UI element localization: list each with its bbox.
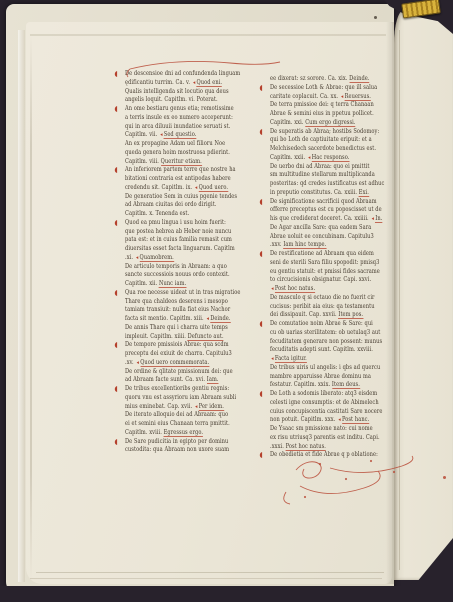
catchword: Egressus ergo. bbox=[164, 429, 203, 437]
line-text: angelis loquit. Capitlm. vi. Poterat. bbox=[125, 96, 218, 103]
toc-line: mius eminebat. Cap. xvii. ◂Per idem. bbox=[125, 403, 240, 412]
margin-pilcrow-icon: ◖ bbox=[114, 341, 117, 350]
line-text: caritate coplacuit. Ca. xx. bbox=[270, 93, 340, 100]
toc-line: ◖De tribus excellentioribs gentiu regnis… bbox=[125, 385, 240, 394]
toc-line: .xxxi. Post hoc natus. bbox=[270, 443, 393, 452]
toc-line: .xi. ◂Quamobrem. bbox=[125, 254, 240, 263]
line-text: De annis Thare qui i charra uite temps bbox=[125, 324, 228, 331]
toc-line: Melchisedech sacerdote benedictus est. bbox=[270, 145, 393, 154]
line-text: Qua roe necesse uideat ut in tras migrat… bbox=[125, 289, 240, 296]
toc-line: cucisus: peribit aia eius: qa testamentu bbox=[270, 303, 393, 312]
line-text: qui in arca diluuii inundatioe seruati s… bbox=[125, 123, 230, 130]
catchword: Quod eni. bbox=[197, 79, 223, 87]
line-text: De tempore pmissiois Abrae: qua scdm bbox=[125, 341, 229, 348]
toc-line: a terris insule ex eo numero acceperunt: bbox=[125, 114, 240, 123]
toc-line: De articulo temporis in Abraam: a quo bbox=[125, 263, 240, 272]
catchword: Hac responso. bbox=[312, 154, 350, 162]
toc-line: Capitlm. xii. Nunc iam. bbox=[125, 280, 240, 289]
line-text: in preputio constitutus. Ca. xxiii. bbox=[270, 189, 359, 196]
margin-pilcrow-icon: ◖ bbox=[259, 390, 262, 399]
toc-right-column: ee dixerat: sz sorore. Ca. xix. Deinde.◖… bbox=[270, 75, 420, 460]
line-text: que postea hebrea ab Heber noie nuncu bbox=[125, 228, 231, 235]
line-text: Capitlm. viii. bbox=[125, 158, 161, 165]
line-text: De descensioe dni ad confundenda linguam bbox=[125, 70, 240, 77]
line-text: De ordine & qlitate pmissionum dei: que bbox=[125, 368, 233, 375]
margin-pilcrow-icon: ◖ bbox=[114, 289, 117, 298]
page-fold-highlight bbox=[18, 30, 25, 582]
toc-line: posteritas: qd credes iustificatus est a… bbox=[270, 180, 393, 189]
line-text: De articulo temporis in Abraam: a quo bbox=[125, 263, 227, 270]
toc-line: An ex propagine Adam uel filioru Noe bbox=[125, 140, 240, 149]
toc-line: Abrae & semini eius in ppetuu pollicet. bbox=[270, 110, 393, 119]
catchword: Quamobrem. bbox=[140, 254, 174, 262]
line-text: De tribus excellentioribs gentiu regnis: bbox=[125, 385, 229, 392]
line-text: De terra pmissioe dei: q terra Chanaan bbox=[270, 101, 374, 108]
toc-line: ◂Post hoc natus. bbox=[270, 285, 393, 294]
toc-line: Thare qua chaldeos deserens i mesopo bbox=[125, 298, 240, 307]
toc-line: De generatioe Sem in cuius pgenie tendes bbox=[125, 193, 240, 202]
line-text: Thare qua chaldeos deserens i mesopo bbox=[125, 298, 228, 305]
toc-line: ◖De restificatione ad Abraam qua eidem bbox=[270, 250, 393, 259]
toc-line: mambre apparuisse Abrae dominu ma bbox=[270, 373, 393, 382]
margin-pilcrow-icon: ◖ bbox=[259, 198, 262, 207]
toc-line: De masculo q si octauo die no fuerit cir bbox=[270, 294, 393, 303]
line-text: posteritas: qd credes iustificatus est a… bbox=[270, 180, 384, 187]
toc-line: credendu sit. Capitlm. ix. ◂Quod uero. bbox=[125, 184, 240, 193]
toc-line: cu ob uarias sterilitatem: ob uetulaq3 a… bbox=[270, 329, 393, 338]
toc-line: .xv. ◂Quod uero commemorata. bbox=[125, 359, 240, 368]
toc-line: ◂Facta igitur. bbox=[270, 355, 393, 364]
line-text: De generatioe Sem in cuius pgenie tendes bbox=[125, 193, 237, 200]
line-text: .xv. bbox=[125, 359, 135, 366]
line-text: cu ob uarias sterilitatem: ob uetulaq3 a… bbox=[270, 329, 380, 336]
line-text: De comutatioe noim Abrae & Sare: qui bbox=[270, 320, 373, 327]
toc-line: festatur. Capitlm. xxix. Item deus. bbox=[270, 381, 393, 390]
line-text: De iterato alloquio dei ad Abraam: quo bbox=[125, 411, 228, 418]
line-text: quoru vnu est assyrioru iam Abraam subli bbox=[125, 394, 236, 401]
page-edge-line bbox=[36, 572, 384, 573]
toc-line: bitationi contraria est antipodas habere bbox=[125, 175, 240, 184]
line-text: fecuditatem generare non possent: munus bbox=[270, 338, 382, 345]
line-text: De obedietia et fide Abrae q p oblatione… bbox=[270, 451, 378, 458]
toc-line: offerre preceptus est cu poposcisset ut … bbox=[270, 206, 393, 215]
toc-line: De uerbo dni ad Abraa: quo ei pmittit bbox=[270, 163, 393, 172]
toc-line: preceptu dei exiuit de charra. Capitulu3 bbox=[125, 350, 240, 359]
inline-pilcrow-icon: ◂ bbox=[135, 360, 140, 366]
line-text: De restificatione ad Abraam qua eidem bbox=[270, 250, 374, 257]
toc-line: ◖De comutatioe noim Abrae & Sare: qui bbox=[270, 320, 393, 329]
line-text: a terris insule ex eo numero acceperunt: bbox=[125, 114, 233, 121]
toc-line: Qualis intelligenda sit locutio qua deus bbox=[125, 88, 240, 97]
line-text: celesti igne consumptis: et de Abimelech bbox=[270, 399, 379, 406]
line-text: Capitlm. x. Tenenda est. bbox=[125, 210, 189, 217]
toc-line: Abrae uoluit ee concubinam. Capitulu3 bbox=[270, 233, 393, 242]
line-text: De Sare pudicitia in egipto per dominu bbox=[125, 438, 228, 445]
line-text: Capitlm. xviii. bbox=[125, 429, 164, 436]
margin-pilcrow-icon: ◖ bbox=[114, 105, 117, 114]
toc-line: ei et semini eius Chanaan terra pmittit. bbox=[125, 420, 240, 429]
line-text: preceptu dei exiuit de charra. Capitulu3 bbox=[125, 350, 232, 357]
catchword: Post hoc natus. bbox=[275, 285, 315, 293]
toc-line: ◖De superatis ab Abraa; hostibs Sodomoy: bbox=[270, 128, 393, 137]
line-text: ad Abraam facte sunt. Ca. xvi. bbox=[125, 376, 207, 383]
line-text: De superatis ab Abraa; hostibs Sodomoy: bbox=[270, 128, 379, 135]
page-crease bbox=[30, 34, 386, 36]
line-text: cuius concupiscentia castitati Sare noce… bbox=[270, 408, 382, 415]
line-text: De Ysaac sm pmissione nato: cui nome bbox=[270, 425, 373, 432]
line-text: De uerbo dni ad Abraa: quo ei pmittit bbox=[270, 163, 370, 170]
catchword: Post hanc. bbox=[342, 416, 369, 424]
toc-line: qui bo Loth de captiuitate eripuit: et a bbox=[270, 136, 393, 145]
line-text: ee dixerat: sz sorore. Ca. xix. bbox=[270, 75, 349, 82]
toc-line: Capitlm. x. Tenenda est. bbox=[125, 210, 240, 219]
catchword: Exi. bbox=[359, 189, 369, 197]
line-text: diuersitas esset facta linguarum. Capitl… bbox=[125, 245, 235, 252]
toc-line: ◖De obedietia et fide Abrae q p oblation… bbox=[270, 451, 393, 460]
toc-line: angelis loquit. Capitlm. vi. Poterat. bbox=[125, 96, 240, 105]
toc-line: celesti igne consumptis: et de Abimelech bbox=[270, 399, 393, 408]
line-text: Melchisedech sacerdote benedictus est. bbox=[270, 145, 376, 152]
line-text: .xxv. bbox=[270, 241, 283, 248]
toc-line: De iterato alloquio dei ad Abraam: quo bbox=[125, 411, 240, 420]
catchword: Queritur etiam. bbox=[161, 158, 202, 166]
line-text: dei dissipauit. Cap. xxvii. bbox=[270, 311, 338, 318]
toc-line: impleuit. Capitlm. xiiii. Defuncto aut. bbox=[125, 333, 240, 342]
line-text: Capitlm. xxii. bbox=[270, 154, 307, 161]
toc-line: in preputio constitutus. Ca. xxiii. Exi. bbox=[270, 189, 393, 198]
toc-line: non potuit. Capitlm. xxx. ◂Post hanc. bbox=[270, 416, 393, 425]
toc-line: to circucisionis obsignatur. Capi. xxvi. bbox=[270, 276, 393, 285]
toc-line: tamiam transiuit: nulla fiat eius Nachor bbox=[125, 306, 240, 315]
catchword: Iam. bbox=[207, 376, 219, 384]
catchword: Facta igitur. bbox=[275, 355, 307, 363]
line-text: Abrae uoluit ee concubinam. Capitulu3 bbox=[270, 233, 374, 240]
line-text: cucisus: peribit aia eius: qa testamentu bbox=[270, 303, 375, 310]
toc-line: custodita: qua Abraam non uxore suam bbox=[125, 446, 240, 455]
toc-line: ◖De secessioe Loth & Abrae: que ill salu… bbox=[270, 84, 393, 93]
catchword: Defuncto aut. bbox=[188, 333, 224, 341]
line-text: An inferiorem partem terre que nostre ha bbox=[125, 166, 236, 173]
line-text: to circucisionis obsignatur. Capi. xxvi. bbox=[270, 276, 371, 283]
line-text: seni de sterili Sara filiu spopodit: pmi… bbox=[270, 259, 379, 266]
toc-line: sm multitudine stellarum multiplicanda bbox=[270, 171, 393, 180]
line-text: tamiam transiuit: nulla fiat eius Nachor bbox=[125, 306, 230, 313]
line-text: sancte successiois nouus ordo contexit. bbox=[125, 271, 230, 278]
catchword: Quod uero. bbox=[199, 184, 228, 192]
line-text: custodita: qua Abraam non uxore suam bbox=[125, 446, 229, 453]
catchword: Deinde. bbox=[349, 75, 369, 83]
margin-pilcrow-icon: ◖ bbox=[259, 128, 262, 137]
toc-line: caritate coplacuit. Ca. xx. ◂Reuersus. bbox=[270, 93, 393, 102]
line-text: pata est: et in cuius familia remasit cu… bbox=[125, 236, 232, 243]
line-text: De Loth a sodomis liberato: atq3 eisdem bbox=[270, 390, 377, 397]
toc-line: quoru vnu est assyrioru iam Abraam subli bbox=[125, 394, 240, 403]
toc-line: Capitlm. viii. Queritur etiam. bbox=[125, 158, 240, 167]
toc-line: seni de sterili Sara filiu spopodit: pmi… bbox=[270, 259, 393, 268]
toc-line: dei dissipauit. Cap. xxvii. Item pos. bbox=[270, 311, 393, 320]
line-text: credendu sit. Capitlm. ix. bbox=[125, 184, 194, 191]
line-text: eu gentiu statuit: et pmissi fides sacra… bbox=[270, 268, 380, 275]
toc-line: ee dixerat: sz sorore. Ca. xix. Deinde. bbox=[270, 75, 393, 84]
toc-line: qui in arca diluuii inundatioe seruati s… bbox=[125, 123, 240, 132]
line-text: queda genera hoim mostruosa pdierint. bbox=[125, 149, 230, 156]
toc-line: ◖De Loth a sodomis liberato: atq3 eisdem bbox=[270, 390, 393, 399]
line-text: qui bo Loth de captiuitate eripuit: et a bbox=[270, 136, 372, 143]
margin-pilcrow-icon: ◖ bbox=[259, 250, 262, 259]
toc-line: De Agar ancilla Sare: qua eadem Sara bbox=[270, 224, 393, 233]
line-text: De secessioe Loth & Abrae: que ill salua bbox=[270, 84, 377, 91]
toc-line: De ordine & qlitate pmissionum dei: que bbox=[125, 368, 240, 377]
margin-pilcrow-icon: ◖ bbox=[114, 219, 117, 228]
red-ink-speck bbox=[443, 476, 446, 479]
line-text: An ex propagine Adam uel filioru Noe bbox=[125, 140, 225, 147]
toc-line: ex risu utriusq3 parentis est inditu. Ca… bbox=[270, 434, 393, 443]
toc-line: Capitlm. xviii. Egressus ergo. bbox=[125, 429, 240, 438]
margin-pilcrow-icon: ◖ bbox=[114, 438, 117, 447]
toc-line: sancte successiois nouus ordo contexit. bbox=[125, 271, 240, 280]
catchword: In. bbox=[375, 215, 382, 223]
catchword: Item deus. bbox=[332, 381, 360, 389]
line-text: .xxxi. bbox=[270, 443, 286, 450]
toc-line: pata est: et in cuius familia remasit cu… bbox=[125, 236, 240, 245]
toc-left-column: ◖De descensioe dni ad confundenda lingua… bbox=[125, 70, 265, 455]
toc-line: ad Abraam facte sunt. Ca. xvi. Iam. bbox=[125, 376, 240, 385]
page-fold-line bbox=[30, 36, 32, 581]
toc-line: Capitlm. xxii. ◂Hac responso. bbox=[270, 154, 393, 163]
line-text: ad Abraam ciuitas dei ordo dirigit. bbox=[125, 201, 217, 208]
toc-line: ◖De significatione sacrificii quod Abraa… bbox=[270, 198, 393, 207]
toc-line: Capitlm. xxi. Cum ergo digressi. bbox=[270, 119, 393, 128]
line-text: festatur. Capitlm. xxix. bbox=[270, 381, 332, 388]
toc-line: cuius concupiscentia castitati Sare noce… bbox=[270, 408, 393, 417]
line-text: mambre apparuisse Abrae dominu ma bbox=[270, 373, 371, 380]
background-band bbox=[0, 586, 453, 602]
toc-line: De terra pmissioe dei: q terra Chanaan bbox=[270, 101, 393, 110]
catchword: Deinde. bbox=[210, 315, 230, 323]
margin-pilcrow-icon: ◖ bbox=[114, 385, 117, 394]
catchword: Sed questio. bbox=[164, 131, 197, 139]
catchword: Iam hinc tempe. bbox=[283, 241, 326, 249]
margin-pilcrow-icon: ◖ bbox=[114, 166, 117, 175]
toc-line: fecuditatis adepti sunt. Capitlm. xxviii… bbox=[270, 346, 393, 355]
catchword: Per idem. bbox=[199, 403, 224, 411]
ink-speck bbox=[374, 16, 377, 19]
toc-line: queda genera hoim mostruosa pdierint. bbox=[125, 149, 240, 158]
catchword: Item pos. bbox=[338, 311, 363, 319]
toc-line: ad Abraam ciuitas dei ordo dirigit. bbox=[125, 201, 240, 210]
toc-line: ◖Quod ea pmu lingua i usu hoim fuerit: bbox=[125, 219, 240, 228]
line-text: bitationi contraria est antipodas habere bbox=[125, 175, 231, 182]
toc-line: ędificantiu turrim. Ca. v. ◂Quod eni. bbox=[125, 79, 240, 88]
line-text: Qualis intelligenda sit locutio qua deus bbox=[125, 88, 229, 95]
line-text: Capitlm. vii. bbox=[125, 131, 159, 138]
line-text: offerre preceptus est cu poposcisset ut … bbox=[270, 206, 382, 213]
line-text: Capitlm. xxi. bbox=[270, 119, 305, 126]
margin-pilcrow-icon: ◖ bbox=[114, 70, 117, 79]
toc-line: .xxv. Iam hinc tempe. bbox=[270, 241, 393, 250]
toc-line: ◖De descensioe dni ad confundenda lingua… bbox=[125, 70, 240, 79]
toc-line: De tribus uiris ul angelis: i qbs ad que… bbox=[270, 364, 393, 373]
toc-line: De annis Thare qui i charra uite temps bbox=[125, 324, 240, 333]
toc-line: De Ysaac sm pmissione nato: cui nome bbox=[270, 425, 393, 434]
line-text: sm multitudine stellarum multiplicanda bbox=[270, 171, 375, 178]
book-photo: ◖De descensioe dni ad confundenda lingua… bbox=[0, 0, 453, 602]
line-text: facta sit mentio. Capitlm. xiii. bbox=[125, 315, 205, 322]
line-text: De masculo q si octauo die no fuerit cir bbox=[270, 294, 375, 301]
margin-pilcrow-icon: ◖ bbox=[259, 320, 262, 329]
page-edge-line bbox=[30, 578, 382, 579]
line-text: ędificantiu turrim. Ca. v. bbox=[125, 79, 192, 86]
toc-line: que postea hebrea ab Heber noie nuncu bbox=[125, 228, 240, 237]
line-text: his que crediderat doceret. Ca. xxiiii. bbox=[270, 215, 370, 222]
line-text: mius eminebat. Cap. xvii. bbox=[125, 403, 194, 410]
toc-line: his que crediderat doceret. Ca. xxiiii. … bbox=[270, 215, 393, 224]
catchword: Post hoc natus. bbox=[286, 443, 326, 451]
line-text: Abrae & semini eius in ppetuu pollicet. bbox=[270, 110, 374, 117]
line-text: De Agar ancilla Sare: qua eadem Sara bbox=[270, 224, 371, 231]
line-text: De significatione sacrificii quod Abraam bbox=[270, 198, 377, 205]
line-text: ex risu utriusq3 parentis est inditu. Ca… bbox=[270, 434, 380, 441]
toc-line: facta sit mentio. Capitlm. xiii. ◂Deinde… bbox=[125, 315, 240, 324]
toc-line: ◖An ome bestiaru genus etia; remotissime bbox=[125, 105, 240, 114]
line-text: Capitlm. xii. bbox=[125, 280, 159, 287]
toc-line: diuersitas esset facta linguarum. Capitl… bbox=[125, 245, 240, 254]
margin-pilcrow-icon: ◖ bbox=[259, 451, 262, 460]
line-text: An ome bestiaru genus etia; remotissime bbox=[125, 105, 234, 112]
catchword: Reuersus. bbox=[345, 93, 371, 101]
line-text: Quod ea pmu lingua i usu hoim fuerit: bbox=[125, 219, 226, 226]
catchword: Quod uero commemorata. bbox=[140, 359, 209, 367]
line-text: .xi. bbox=[125, 254, 135, 261]
line-text: impleuit. Capitlm. xiiii. bbox=[125, 333, 188, 340]
toc-line: eu gentiu statuit: et pmissi fides sacra… bbox=[270, 268, 393, 277]
catchword: Cum ergo digressi. bbox=[305, 119, 355, 127]
margin-pilcrow-icon: ◖ bbox=[259, 84, 262, 93]
line-text: ei et semini eius Chanaan terra pmittit. bbox=[125, 420, 230, 427]
toc-line: ◖De Sare pudicitia in egipto per dominu bbox=[125, 438, 240, 447]
catchword: Nunc iam. bbox=[159, 280, 186, 288]
toc-line: Capitlm. vii. ◂Sed questio. bbox=[125, 131, 240, 140]
toc-line: ◖De tempore pmissiois Abrae: qua scdm bbox=[125, 341, 240, 350]
toc-line: ◖Qua roe necesse uideat ut in tras migra… bbox=[125, 289, 240, 298]
line-text: fecuditatis adepti sunt. Capitlm. xxviii… bbox=[270, 346, 373, 353]
toc-line: ◖An inferiorem partem terre que nostre h… bbox=[125, 166, 240, 175]
line-text: non potuit. Capitlm. xxx. bbox=[270, 416, 337, 423]
toc-line: fecuditatem generare non possent: munus bbox=[270, 338, 393, 347]
line-text: De tribus uiris ul angelis: i qbs ad que… bbox=[270, 364, 380, 371]
